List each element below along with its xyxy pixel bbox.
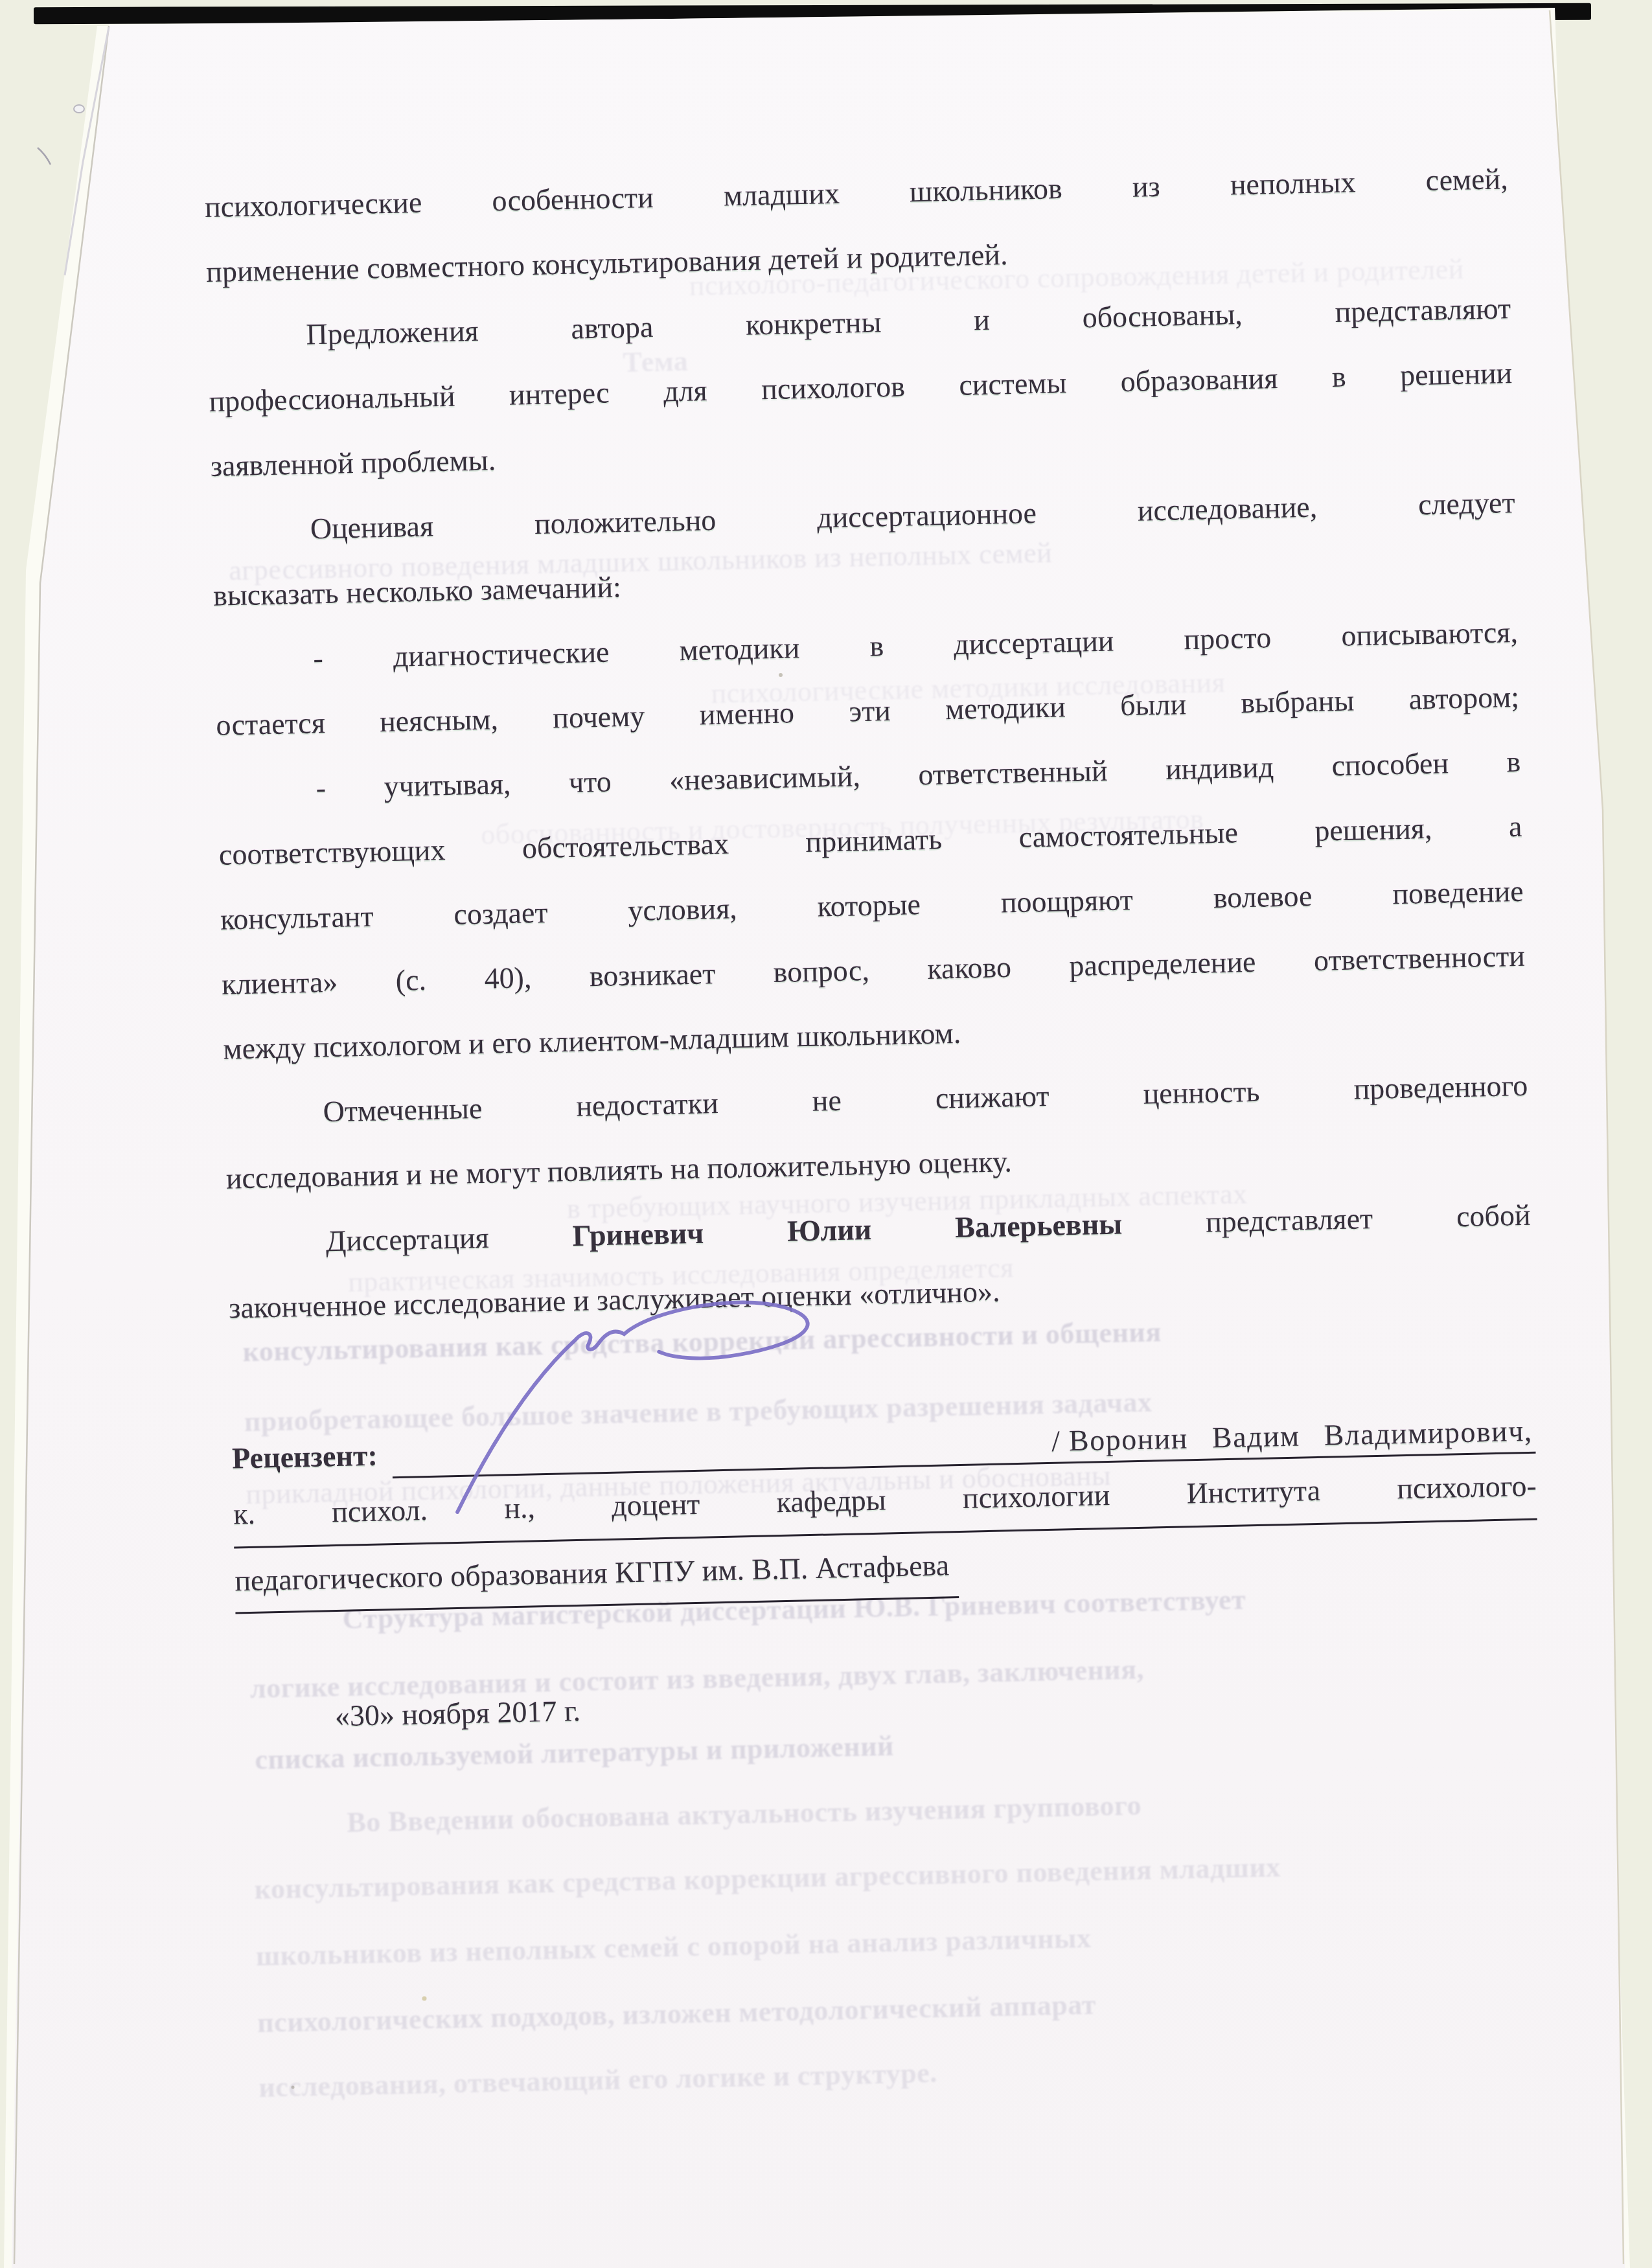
page-content: психолого-педагогического сопровождения … xyxy=(0,0,1652,2268)
bleedthrough-line: Во Введении обоснована актуальность изуч… xyxy=(347,1789,1142,1839)
scanned-review-page: { "review": { "lines": [ "психологически… xyxy=(0,0,1652,2268)
bleedthrough-line: школьников из неполных семей с опорой на… xyxy=(255,1921,1091,1973)
bleedthrough-text-layer: психолого-педагогического сопровождения … xyxy=(0,0,1648,5)
reviewer-name: Воронин Вадим Владимирович, xyxy=(1068,1414,1535,1462)
review-text: психологические особенности младших школ… xyxy=(204,146,1542,1750)
reviewer-label: Рецензент: xyxy=(232,1438,378,1482)
conclusion-pre: Диссертация xyxy=(325,1219,573,1257)
dissertation-author-name: Гриневич Юлии Валерьевны xyxy=(572,1207,1123,1252)
signature-separator: / xyxy=(1051,1423,1070,1462)
bleedthrough-line: исследования, отвечающий его логике и ст… xyxy=(258,2056,937,2104)
bleedthrough-line: психологических подходов, изложен методо… xyxy=(257,1988,1097,2039)
conclusion-post: представляет собой xyxy=(1121,1198,1531,1241)
bleedthrough-line: консультирования как средства коррекции … xyxy=(254,1850,1281,1906)
